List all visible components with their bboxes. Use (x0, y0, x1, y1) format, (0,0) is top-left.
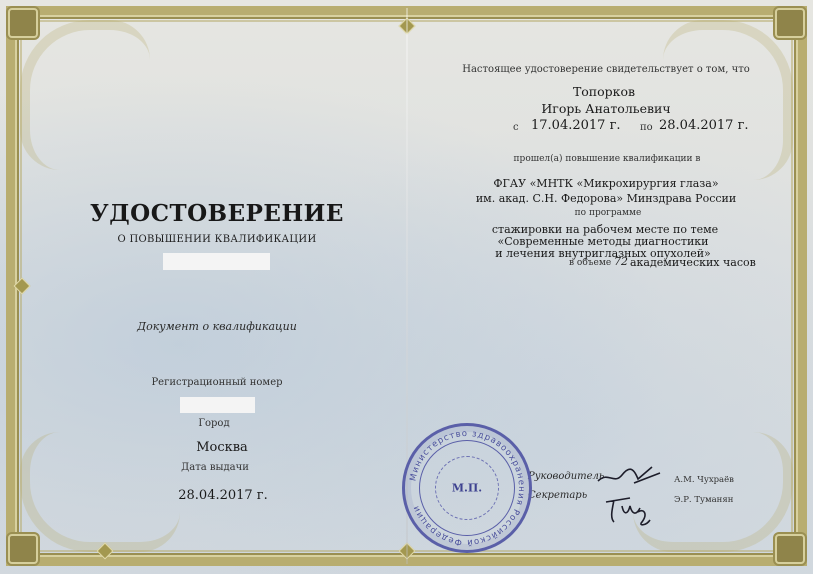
certificate-title: УДОСТОВЕРЕНИЕ (90, 200, 344, 227)
volume-label: в объеме (569, 258, 611, 268)
to-label: по (640, 122, 653, 133)
holder-surname: Топорков (573, 84, 635, 99)
hours-value: 72 (614, 255, 628, 268)
institution-line-2: им. акад. С.Н. Федорова» Минздрава Росси… (476, 192, 736, 205)
certificate-sheet: УДОСТОВЕРЕНИЕ о повышении квалификации Д… (0, 0, 813, 574)
corner-ornament-icon (775, 534, 805, 564)
secretary-label: Секретарь (528, 490, 587, 501)
issue-date-label: Дата выдачи (181, 462, 249, 473)
redacted-field (163, 253, 270, 270)
corner-ornament-icon (8, 8, 38, 38)
issue-date-value: 28.04.2017 г. (178, 488, 268, 503)
certificate-subtitle: о повышении квалификации (118, 234, 317, 245)
redacted-reg-number (180, 397, 255, 413)
city-label: Город (198, 418, 229, 429)
intro-text: Настоящее удостоверение свидетельствует … (462, 64, 750, 75)
city-value: Москва (196, 440, 248, 455)
head-name: А.М. Чухраёв (674, 475, 734, 485)
from-label: с (513, 122, 519, 133)
secretary-name: Э.Р. Туманян (674, 495, 733, 505)
document-type: Документ о квалификации (137, 320, 297, 333)
program-label: по программе (575, 208, 642, 218)
head-signature (594, 463, 664, 489)
from-date: 17.04.2017 г. (531, 118, 621, 133)
head-label: Руководитель (528, 471, 604, 482)
corner-ornament-icon (775, 8, 805, 38)
hours-unit: академических часов (630, 256, 756, 269)
secretary-signature (600, 492, 660, 528)
institution-line-1: ФГАУ «МНТК «Микрохирургия глаза» (493, 177, 718, 190)
holder-given-names: Игорь Анатольевич (541, 101, 670, 116)
corner-ornament-icon (8, 534, 38, 564)
reg-number-label: Регистрационный номер (151, 377, 282, 388)
stamp-emblem: М.П. (452, 482, 482, 495)
passed-text: прошел(а) повышение квалификации в (514, 154, 701, 164)
official-stamp: Министерство здравоохранения Российской … (402, 423, 532, 553)
to-date: 28.04.2017 г. (659, 118, 749, 133)
